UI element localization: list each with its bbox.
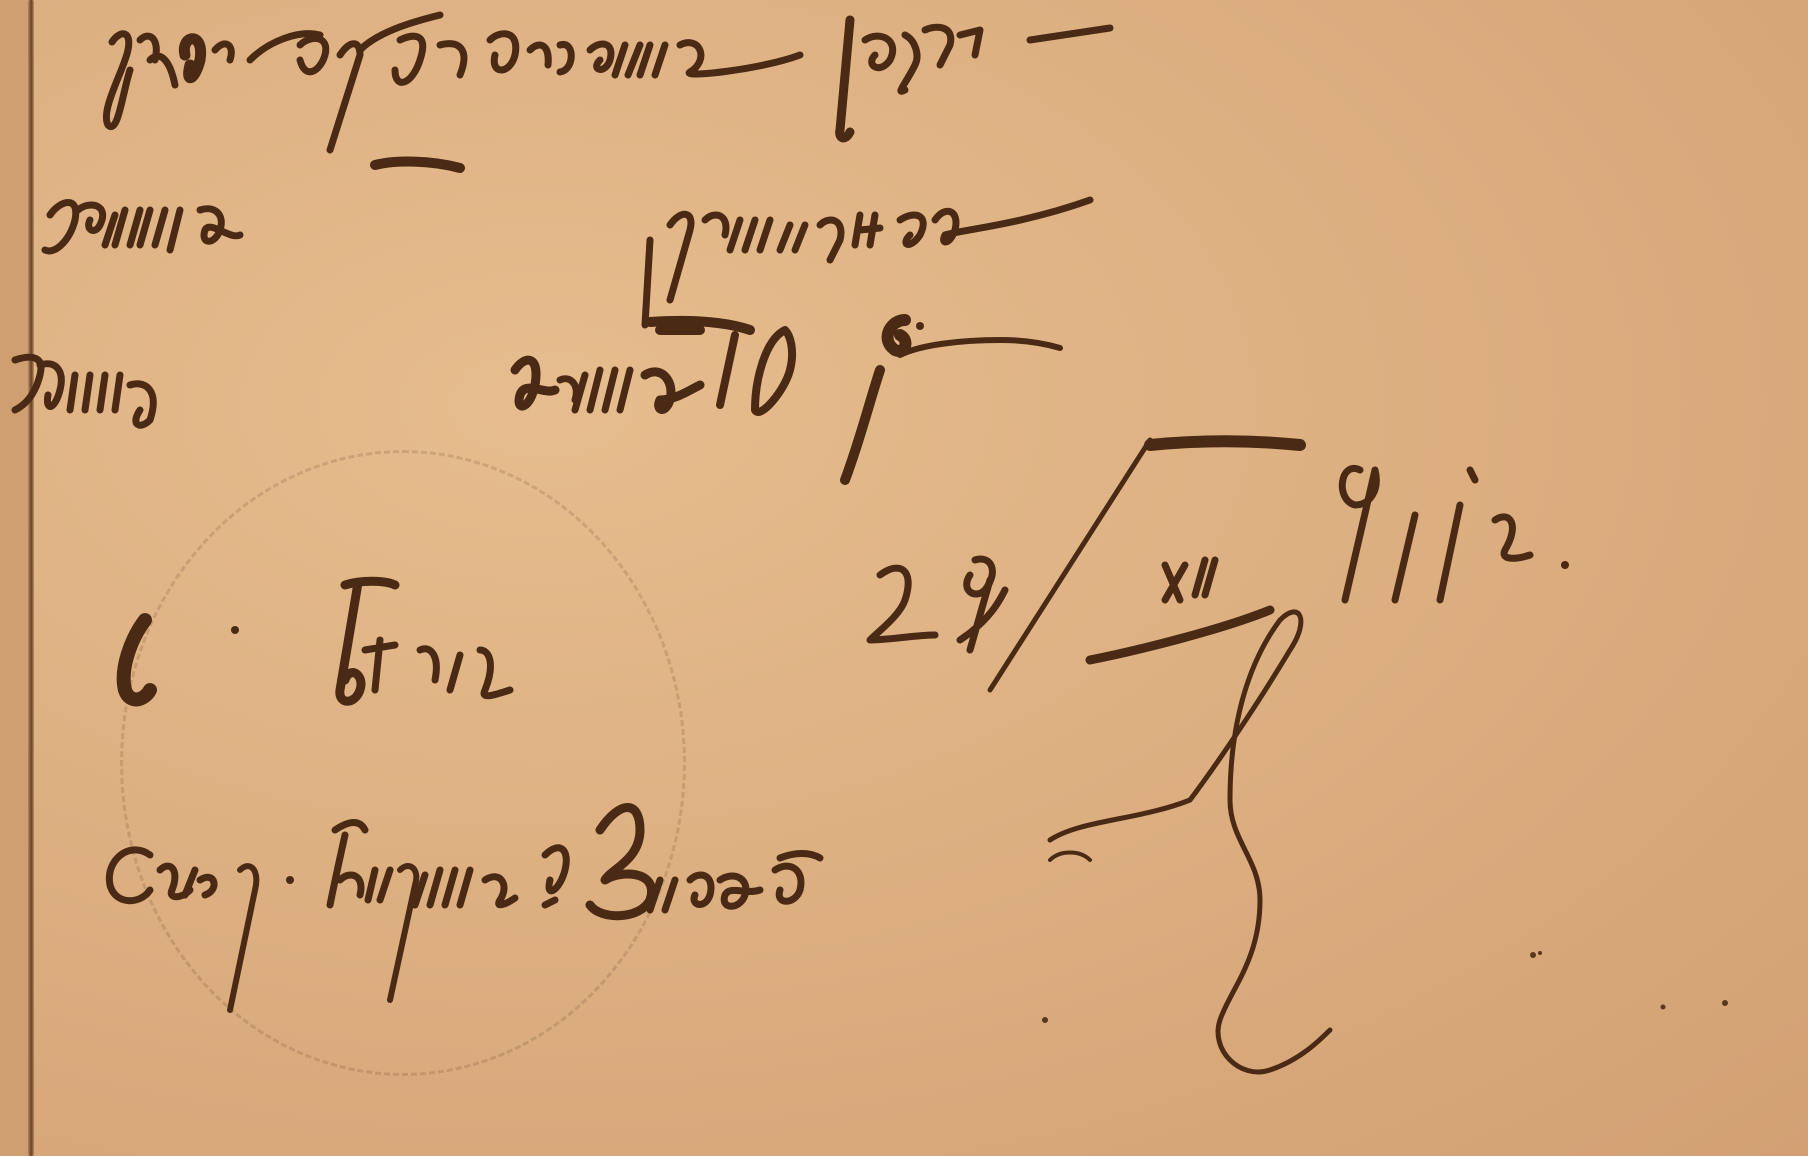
document-paper: за обгербоване разпи- ската приложена съ… — [0, 0, 1808, 1156]
transcription-layer: за обгербоване разпи- ската приложена съ… — [0, 0, 1808, 1156]
